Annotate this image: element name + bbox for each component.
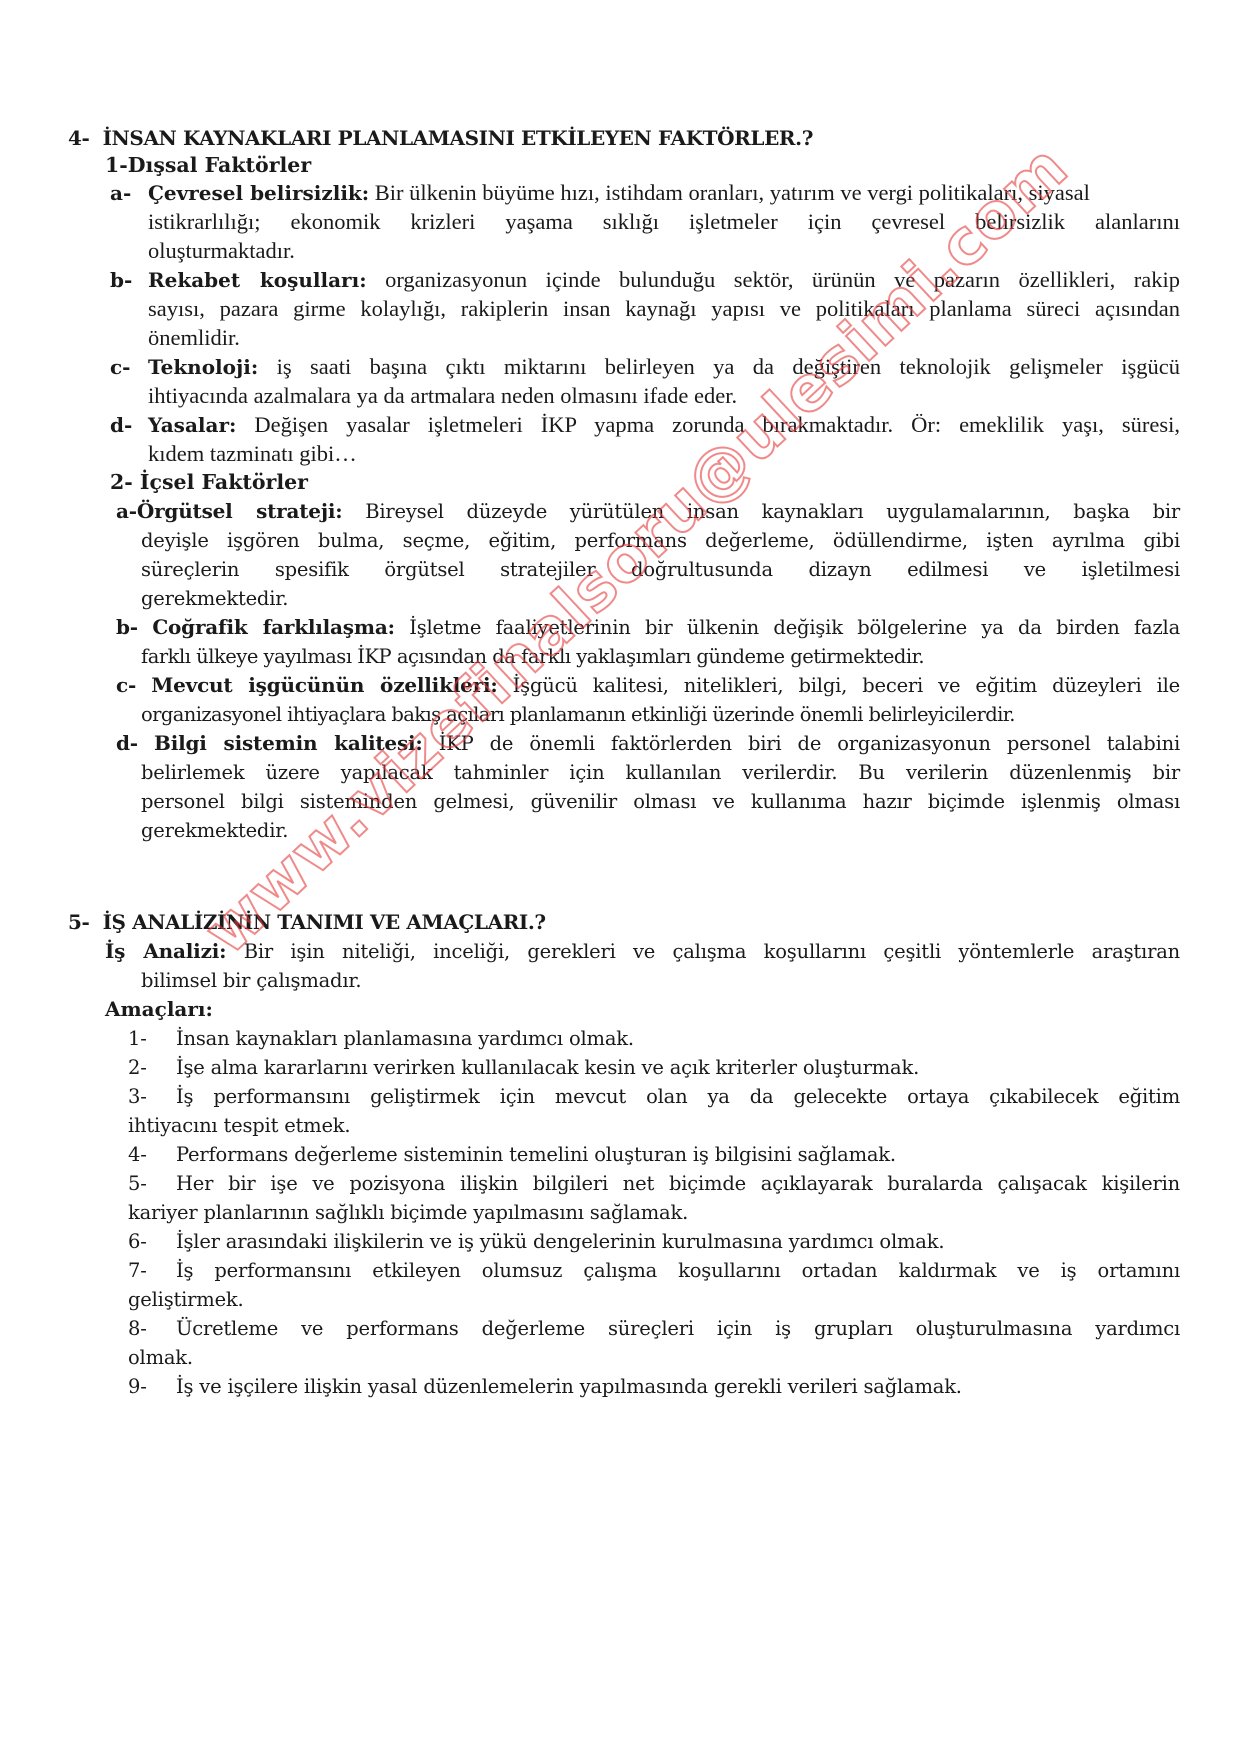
item-text: İşgücü kalitesi, nitelikleri, bilgi, bec…	[513, 674, 1180, 697]
item-marker: c-	[116, 673, 136, 697]
definition-label: İş Analizi:	[105, 939, 226, 963]
definition-text: Bir işin niteliği, inceliği, gerekleri v…	[244, 940, 1180, 963]
item-label: Coğrafik farklılaşma:	[152, 615, 394, 639]
aim-text-line: ihtiyacını tespit etmek.	[128, 1111, 350, 1140]
aim-number: 8-	[128, 1314, 176, 1343]
item-label: Rekabet koşulları:	[148, 268, 367, 292]
section-title: İNSAN KAYNAKLARI PLANLAMASINI ETKİLEYEN …	[103, 126, 813, 150]
item-text-line: farklı ülkeye yayılması İKP açısından da…	[141, 642, 924, 671]
aim-number: 7-	[128, 1256, 176, 1285]
aim-number: 9-	[128, 1372, 176, 1401]
item-label: Teknoloji:	[148, 355, 258, 379]
item-text-line: organizasyonel ihtiyaçlara bakış açıları…	[141, 700, 1015, 729]
item-marker: b-	[110, 266, 148, 295]
item-text-line: gerekmektedir.	[141, 816, 288, 845]
internal-factors-heading: 2- İçsel Faktörler	[110, 468, 308, 497]
item-marker: b-	[116, 615, 138, 639]
external-item-b: b-Rekabet koşulları: organizasyonun için…	[110, 265, 1180, 295]
internal-item-a: a-Örgütsel strateji: Bireysel düzeyde yü…	[116, 497, 1180, 526]
item-text-line: sayısı, pazara girme kolaylığı, rakipler…	[148, 294, 1180, 323]
item-text: iş saati başına çıktı miktarını belirley…	[277, 354, 1180, 379]
external-item-c: c-Teknoloji: iş saati başına çıktı mikta…	[110, 352, 1180, 382]
aims-heading: Amaçları:	[105, 995, 213, 1024]
aim-text-line: olmak.	[128, 1343, 193, 1372]
aim-number: 5-	[128, 1169, 176, 1198]
document-page: 4- İNSAN KAYNAKLARI PLANLAMASINI ETKİLEY…	[0, 0, 1240, 1754]
item-marker: a-	[110, 179, 148, 208]
item-label: Örgütsel strateji:	[137, 499, 343, 523]
external-item-a: a-Çevresel belirsizlik: Bir ülkenin büyü…	[110, 178, 1180, 208]
section-number: 5-	[68, 910, 89, 934]
item-text-line: ihtiyacında azalmalara ya da artmalara n…	[148, 381, 737, 410]
item-text-line: önemlidir.	[148, 323, 240, 352]
aim-item-3: 3-İş performansını geliştirmek için mevc…	[128, 1082, 1180, 1111]
item-text: organizasyonun içinde bulunduğu sektör, …	[385, 267, 1180, 292]
internal-item-d: d- Bilgi sistemin kalitesi: İKP de öneml…	[116, 729, 1180, 758]
aim-text: İş performansını geliştirmek için mevcut…	[176, 1085, 1180, 1108]
section-number: 4-	[68, 126, 89, 150]
item-text: İşletme faaliyetlerinin bir ülkenin deği…	[409, 616, 1180, 639]
internal-item-b: b- Coğrafik farklılaşma: İşletme faaliye…	[116, 613, 1180, 642]
aim-text: Ücretleme ve performans değerleme süreçl…	[176, 1317, 1180, 1340]
external-factors-heading: 1-Dışsal Faktörler	[105, 151, 311, 180]
aim-text: İş ve işçilere ilişkin yasal düzenlemele…	[176, 1375, 962, 1398]
aim-text: İşe alma kararlarını verirken kullanılac…	[176, 1056, 919, 1079]
item-label: Yasalar:	[148, 413, 236, 437]
item-text-line: belirlemek üzere yapılacak tahminler içi…	[141, 758, 1180, 787]
item-text: İKP de önemli faktörlerden biri de organ…	[439, 732, 1180, 755]
aim-number: 6-	[128, 1227, 176, 1256]
aim-text-line: geliştirmek.	[128, 1285, 244, 1314]
aim-number: 1-	[128, 1024, 176, 1053]
item-text: Bireysel düzeyde yürütülen insan kaynakl…	[365, 500, 1180, 523]
definition-text-line: bilimsel bir çalışmadır.	[141, 966, 361, 995]
aim-text: Performans değerleme sisteminin temelini…	[176, 1143, 896, 1166]
item-label: Bilgi sistemin kalitesi:	[154, 731, 423, 755]
aim-number: 3-	[128, 1082, 176, 1111]
aim-text: Her bir işe ve pozisyona ilişkin bilgile…	[176, 1172, 1180, 1195]
aim-number: 4-	[128, 1140, 176, 1169]
aim-item-4: 4-Performans değerleme sisteminin temeli…	[128, 1140, 896, 1169]
item-label: Mevcut işgücünün özellikleri:	[151, 673, 497, 697]
section-5-heading: 5- İŞ ANALİZİNİN TANIMI VE AMAÇLARI.?	[68, 908, 546, 937]
item-text-line: süreçlerin spesifik örgütsel stratejiler…	[141, 555, 1180, 584]
item-text-line: personel bilgi sisteminden gelmesi, güve…	[141, 787, 1180, 816]
aim-item-5: 5-Her bir işe ve pozisyona ilişkin bilgi…	[128, 1169, 1180, 1198]
section-4-heading: 4- İNSAN KAYNAKLARI PLANLAMASINI ETKİLEY…	[68, 124, 813, 153]
aim-item-9: 9-İş ve işçilere ilişkin yasal düzenleme…	[128, 1372, 962, 1401]
item-text: Bir ülkenin büyüme hızı, istihdam oranla…	[375, 180, 1090, 205]
aim-item-8: 8-Ücretleme ve performans değerleme süre…	[128, 1314, 1180, 1343]
aim-text: İnsan kaynakları planlamasına yardımcı o…	[176, 1027, 634, 1050]
aim-item-6: 6-İşler arasındaki ilişkilerin ve iş yük…	[128, 1227, 944, 1256]
job-analysis-definition: İş Analizi: Bir işin niteliği, inceliği,…	[105, 937, 1180, 966]
item-text-line: kıdem tazminatı gibi…	[148, 439, 357, 468]
item-text-line: gerekmektedir.	[141, 584, 288, 613]
item-label: Çevresel belirsizlik:	[148, 181, 369, 205]
item-marker: d-	[116, 731, 138, 755]
internal-item-c: c- Mevcut işgücünün özellikleri: İşgücü …	[116, 671, 1180, 700]
aim-item-1: 1-İnsan kaynakları planlamasına yardımcı…	[128, 1024, 634, 1053]
item-text-line: istikrarlılığı; ekonomik krizleri yaşama…	[148, 207, 1180, 236]
item-marker: d-	[110, 411, 148, 440]
aim-number: 2-	[128, 1053, 176, 1082]
aim-text-line: kariyer planlarının sağlıklı biçimde yap…	[128, 1198, 688, 1227]
aim-item-2: 2-İşe alma kararlarını verirken kullanıl…	[128, 1053, 919, 1082]
aim-text: İş performansını etkileyen olumsuz çalış…	[176, 1259, 1180, 1282]
item-text-line: deyişle işgören bulma, seçme, eğitim, pe…	[141, 526, 1180, 555]
external-item-d: d-Yasalar: Değişen yasalar işletmeleri İ…	[110, 410, 1180, 440]
item-text: Değişen yasalar işletmeleri İKP yapma zo…	[254, 412, 1180, 437]
item-text-line: oluşturmaktadır.	[148, 236, 295, 265]
item-marker: a-	[116, 499, 137, 523]
aim-item-7: 7-İş performansını etkileyen olumsuz çal…	[128, 1256, 1180, 1285]
section-title: İŞ ANALİZİNİN TANIMI VE AMAÇLARI.?	[103, 910, 546, 934]
aim-text: İşler arasındaki ilişkilerin ve iş yükü …	[176, 1230, 944, 1253]
item-marker: c-	[110, 353, 148, 382]
